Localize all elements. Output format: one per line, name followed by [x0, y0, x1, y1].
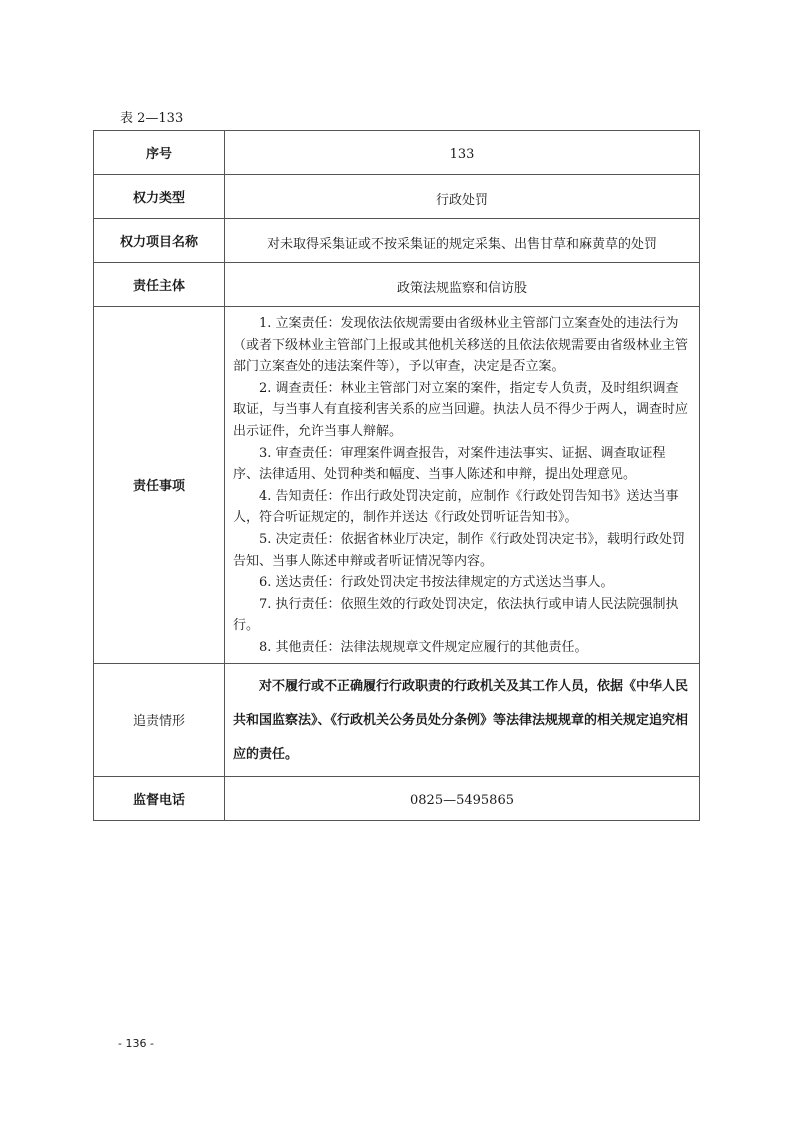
responsible-body-value: 政策法规监察和信访股	[225, 263, 700, 307]
duty-item: 1. 立案责任：发现依法依规需要由省级林业主管部门立案查处的违法行为（或者下级林…	[233, 313, 691, 378]
duty-item: 8. 其他责任：法律法规规章文件规定应履行的其他责任。	[233, 637, 691, 659]
table-row-power-item: 权力项目名称 对未取得采集证或不按采集证的规定采集、出售甘草和麻黄草的处罚	[94, 219, 700, 263]
duty-item: 4. 告知责任：作出行政处罚决定前，应制作《行政处罚告知书》送达当事人，符合听证…	[233, 486, 691, 529]
serial-number: 133	[225, 131, 700, 175]
duty-item: 7. 执行责任：依照生效的行政处罚决定，依法执行或申请人民法院强制执行。	[233, 594, 691, 637]
duties-list: 1. 立案责任：发现依法依规需要由省级林业主管部门立案查处的违法行为（或者下级林…	[225, 307, 700, 664]
duty-item: 2. 调查责任：林业主管部门对立案的案件，指定专人负责，及时组织调查取证，与当事…	[233, 378, 691, 443]
power-type-value: 行政处罚	[225, 175, 700, 219]
table-row-duties: 责任事项 1. 立案责任：发现依法依规需要由省级林业主管部门立案查处的违法行为（…	[94, 307, 700, 664]
duty-item: 3. 审查责任：审理案件调查报告，对案件违法事实、证据、调查取证程序、法律适用、…	[233, 443, 691, 486]
duty-item: 6. 送达责任：行政处罚决定书按法律规定的方式送达当事人。	[233, 572, 691, 594]
table-row-accountability: 追责情形 对不履行或不正确履行行政职责的行政机关及其工作人员，依据《中华人民共和…	[94, 663, 700, 776]
power-item-value: 对未取得采集证或不按采集证的规定采集、出售甘草和麻黄草的处罚	[225, 219, 700, 263]
row-label: 权力类型	[94, 175, 225, 219]
responsibility-table: 序号 133 权力类型 行政处罚 权力项目名称 对未取得采集证或不按采集证的规定…	[93, 130, 700, 821]
table-row-responsible-body: 责任主体 政策法规监察和信访股	[94, 263, 700, 307]
row-label: 追责情形	[94, 663, 225, 776]
table-row-serial: 序号 133	[94, 131, 700, 175]
hotline-number: 0825—5495865	[225, 776, 700, 820]
row-label: 序号	[94, 131, 225, 175]
row-label: 监督电话	[94, 776, 225, 820]
page-number: - 136 -	[118, 1037, 154, 1050]
accountability-text: 对不履行或不正确履行行政职责的行政机关及其工作人员，依据《中华人民共和国监察法》…	[233, 670, 691, 772]
row-label: 权力项目名称	[94, 219, 225, 263]
table-row-power-type: 权力类型 行政处罚	[94, 175, 700, 219]
row-label: 责任事项	[94, 307, 225, 664]
table-row-hotline: 监督电话 0825—5495865	[94, 776, 700, 820]
duty-item: 5. 决定责任：依据省林业厅决定，制作《行政处罚决定书》，载明行政处罚告知、当事…	[233, 529, 691, 572]
row-label: 责任主体	[94, 263, 225, 307]
table-caption: 表 2—133	[120, 107, 183, 126]
accountability-value: 对不履行或不正确履行行政职责的行政机关及其工作人员，依据《中华人民共和国监察法》…	[225, 663, 700, 776]
